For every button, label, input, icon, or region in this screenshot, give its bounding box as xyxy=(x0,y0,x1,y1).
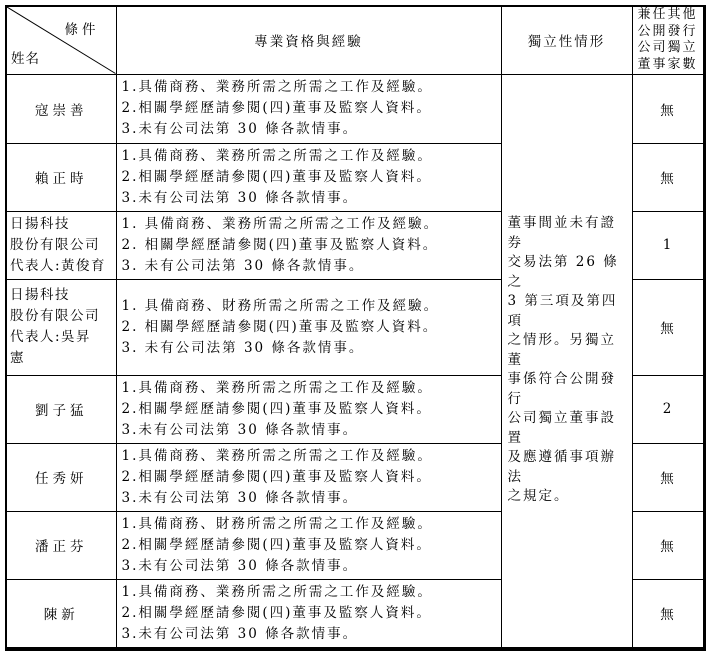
director-name: 日揚科技 股份有限公司 代表人:黃俊育 xyxy=(6,211,116,279)
qualifications-text: 1.具備商務、業務所需之所需之工作及經驗。 2.相關學經歷請參閱(四)董事及監察… xyxy=(116,74,501,143)
director-name: 劉子猛 xyxy=(6,375,116,443)
director-name: 任秀妍 xyxy=(6,443,116,511)
concurrent-count: 1 xyxy=(632,211,704,279)
concurrent-count: 無 xyxy=(632,279,704,375)
concurrent-count: 無 xyxy=(632,579,704,649)
independence-note: 董事間並未有證券 交易法第 26 條之 3 第三項及第四項 之情形。另獨立董 事… xyxy=(501,74,632,649)
header-concurrent-count: 兼任其他 公開發行 公司獨立 董事家數 xyxy=(632,6,704,74)
concurrent-count: 無 xyxy=(632,443,704,511)
director-name: 寇崇善 xyxy=(6,74,116,143)
qualifications-text: 1.具備商務、財務所需之所需之工作及經驗。 2.相關學經歷請參閱(四)董事及監察… xyxy=(116,511,501,579)
table-row: 寇崇善 1.具備商務、業務所需之所需之工作及經驗。 2.相關學經歷請參閱(四)董… xyxy=(6,74,704,143)
directors-qualification-table: 條件 姓名 專業資格與經驗 獨立性情形 兼任其他 公開發行 公司獨立 董事家數 … xyxy=(5,5,706,651)
concurrent-count: 無 xyxy=(632,511,704,579)
qualifications-text: 1.具備商務、業務所需之所需之工作及經驗。 2.相關學經歷請參閱(四)董事及監察… xyxy=(116,443,501,511)
director-name: 賴正時 xyxy=(6,143,116,211)
header-row: 條件 姓名 專業資格與經驗 獨立性情形 兼任其他 公開發行 公司獨立 董事家數 xyxy=(6,6,704,74)
qualifications-text: 1.具備商務、業務所需之所需之工作及經驗。 2.相關學經歷請參閱(四)董事及監察… xyxy=(116,579,501,649)
concurrent-count: 2 xyxy=(632,375,704,443)
qualifications-text: 1.具備商務、業務所需之所需之工作及經驗。 2.相關學經歷請參閱(四)董事及監察… xyxy=(116,375,501,443)
header-qualifications: 專業資格與經驗 xyxy=(116,6,501,74)
corner-header-cell: 條件 姓名 xyxy=(6,6,116,74)
concurrent-count: 無 xyxy=(632,143,704,211)
header-independence: 獨立性情形 xyxy=(501,6,632,74)
document-page: 條件 姓名 專業資格與經驗 獨立性情形 兼任其他 公開發行 公司獨立 董事家數 … xyxy=(0,0,708,651)
corner-label-name: 姓名 xyxy=(11,47,40,67)
concurrent-count: 無 xyxy=(632,74,704,143)
corner-label-condition: 條件 xyxy=(65,18,100,38)
director-name: 日揚科技 股份有限公司 代表人:吳昇 憲 xyxy=(6,279,116,375)
qualifications-text: 1. 具備商務、業務所需之所需之工作及經驗。 2. 相關學經歷請參閱(四)董事及… xyxy=(116,211,501,279)
director-name: 陳新 xyxy=(6,579,116,649)
qualifications-text: 1.具備商務、業務所需之所需之工作及經驗。 2.相關學經歷請參閱(四)董事及監察… xyxy=(116,143,501,211)
director-name: 潘正芬 xyxy=(6,511,116,579)
qualifications-text: 1. 具備商務、財務所需之所需之工作及經驗。 2. 相關學經歷請參閱(四)董事及… xyxy=(116,279,501,375)
